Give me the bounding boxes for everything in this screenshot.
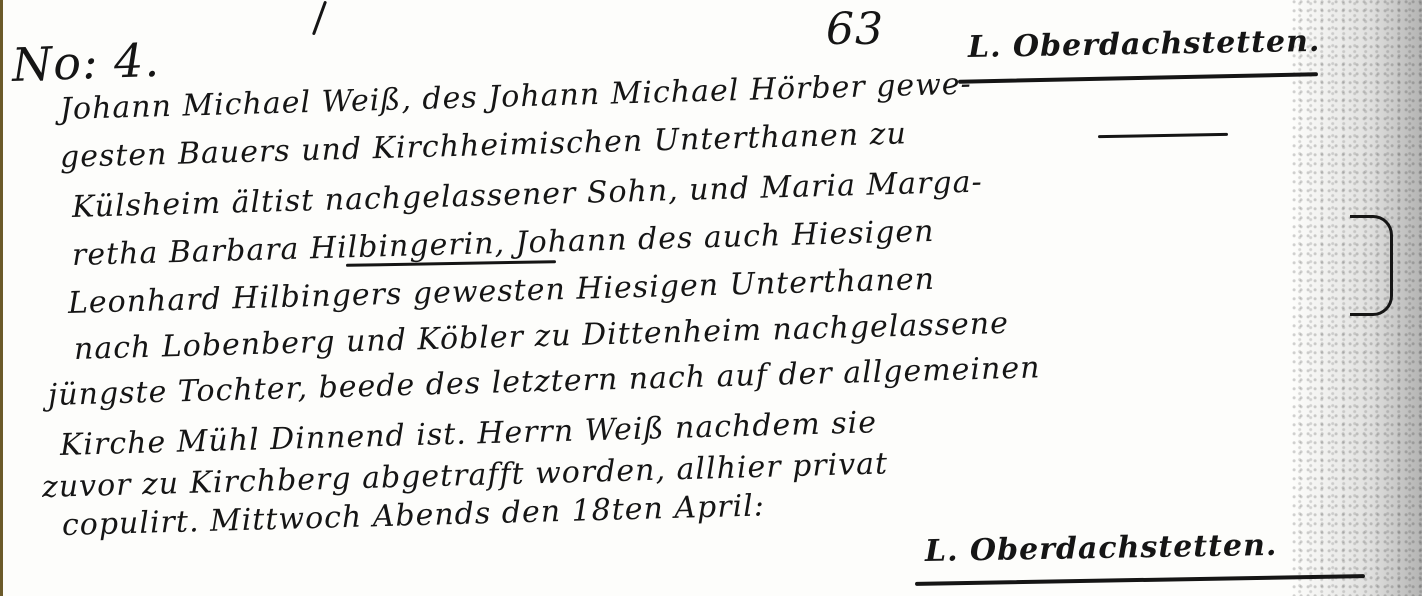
- page-number: 63: [826, 4, 884, 55]
- register-page: No: 4. 63 L. Oberdachstetten. Johann Mic…: [0, 0, 1422, 596]
- name-underline: [1098, 133, 1228, 138]
- text-line-4: retha Barbara Hilbingerin, Johann des au…: [72, 214, 935, 273]
- text-line-2: gesten Bauers und Kirchheimischen Untert…: [60, 116, 908, 175]
- margin-bracket: [1350, 215, 1393, 316]
- page-edge: [0, 0, 3, 596]
- entry-number: No: 4.: [11, 33, 161, 92]
- margin-header: L. Oberdachstetten.: [968, 24, 1321, 65]
- signature: L. Oberdachstetten.: [925, 528, 1278, 569]
- pen-stroke: [312, 1, 327, 36]
- header-underline: [958, 72, 1318, 84]
